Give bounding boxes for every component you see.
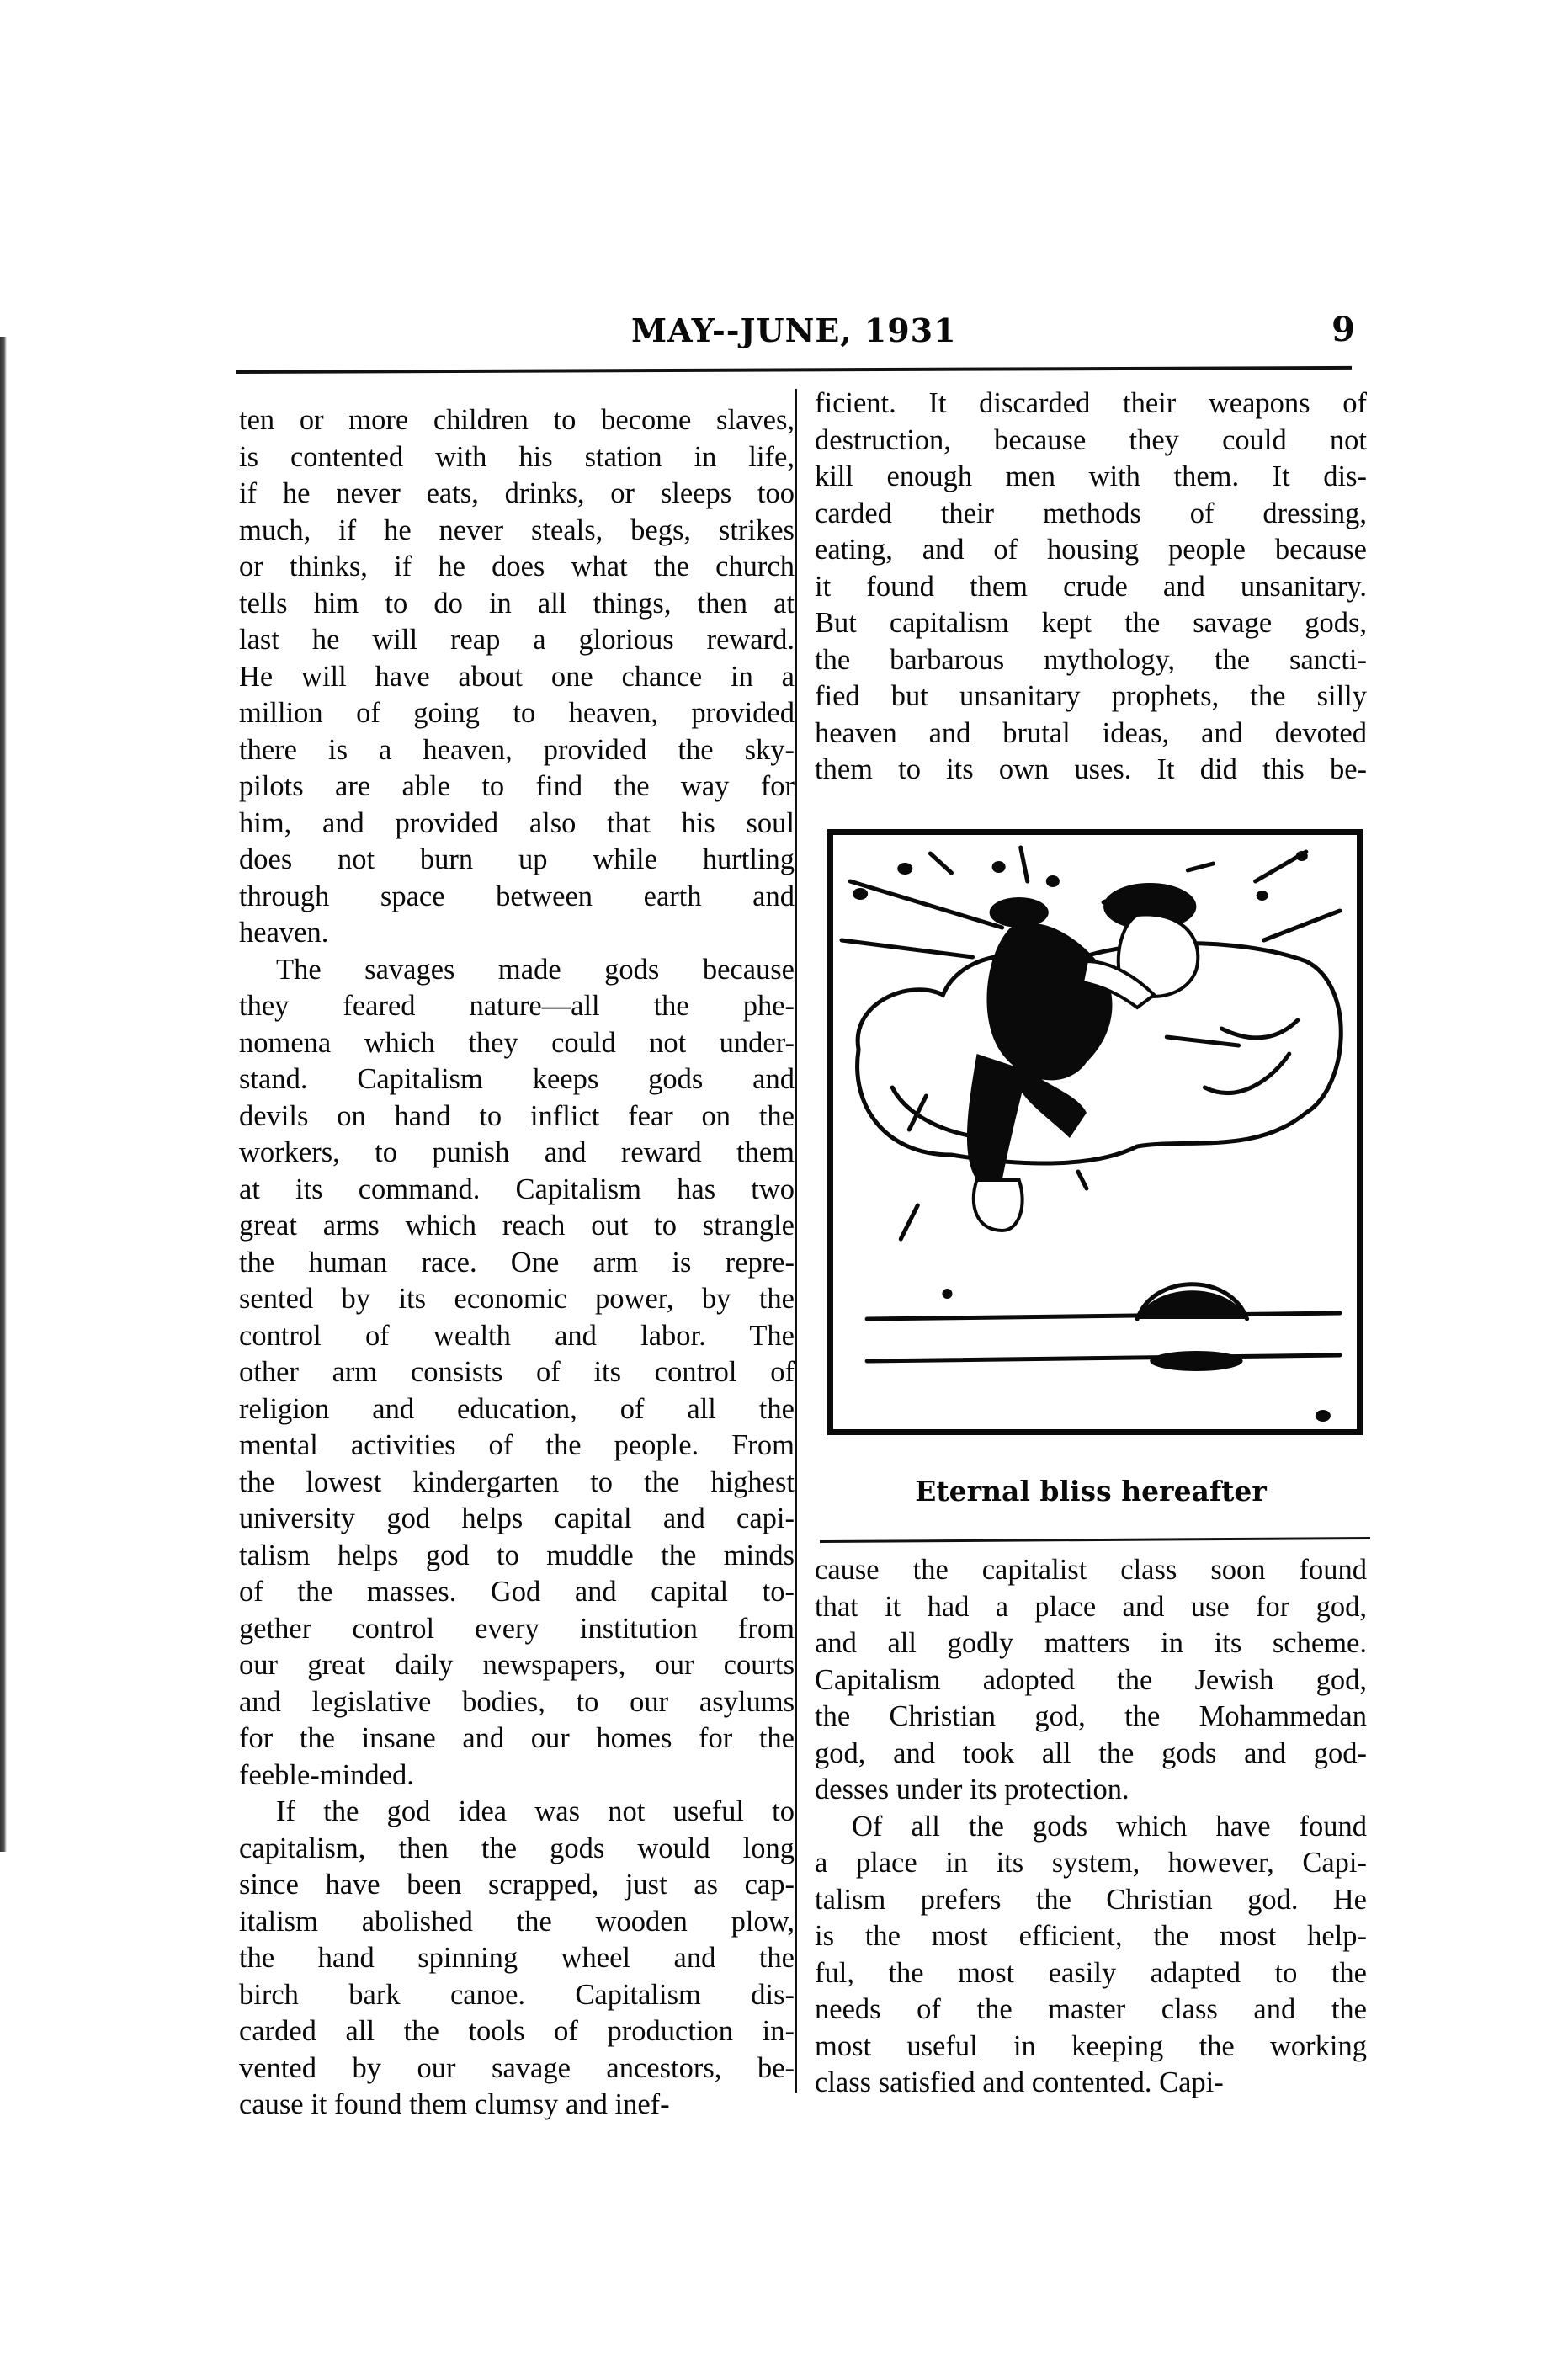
text-line: desses under its protection. [815,1772,1367,1809]
text-line: eating, and of housing people because [815,532,1367,569]
text-line: of the masses. God and capital to- [239,1574,795,1611]
text-line: and all godly matters in its scheme. [815,1625,1367,1662]
text-line: If the god idea was not useful to [239,1794,795,1831]
text-line: birch bark canoe. Capitalism dis- [239,1977,795,2014]
text-line: university god helps capital and capi- [239,1501,795,1538]
text-line: talism helps god to muddle the minds [239,1538,795,1575]
text-line: tells him to do in all things, then at [239,586,795,623]
text-line: the lowest kindergarten to the highest [239,1465,795,1502]
text-line: or thinks, if he does what the church [239,549,795,586]
text-line: does not burn up while hurtling [239,842,795,879]
text-line: is contented with his station in life, [239,439,795,476]
caption-rule [820,1537,1370,1543]
text-line: gether control every institution from [239,1611,795,1648]
text-line: ficient. It discarded their weapons of [815,386,1367,423]
text-line: feeble-minded. [239,1757,795,1795]
text-line: heaven. [239,915,795,952]
text-line: million of going to heaven, provided [239,695,795,732]
column-divider [795,389,797,2093]
text-line: vented by our savage ancestors, be- [239,2050,795,2087]
text-line: destruction, because they could not [815,423,1367,460]
text-line: mental activities of the people. From [239,1428,795,1465]
text-line: the barbarous mythology, the sancti- [815,642,1367,679]
text-line: it found them crude and unsanitary. [815,569,1367,606]
text-line: capitalism, then the gods would long [239,1831,795,1868]
text-line: them to its own uses. It did this be- [815,752,1367,789]
right-column-bottom: cause the capitalist class soon foundtha… [815,1552,1367,2102]
text-line: that it had a place and use for god, [815,1589,1367,1626]
text-line: other arm consists of its control of [239,1354,795,1391]
text-line: nomena which they could not under- [239,1025,795,1062]
text-line: ful, the most easily adapted to the [815,1955,1367,1992]
cartoon-illustration [827,829,1363,1435]
text-line: the hand spinning wheel and the [239,1940,795,1977]
left-column: ten or more children to become slaves,is… [239,402,795,2124]
text-line: much, if he never steals, begs, strikes [239,513,795,550]
text-line: sented by its economic power, by the [239,1281,795,1318]
text-line: religion and education, of all the [239,1391,795,1428]
text-line: talism prefers the Christian god. He [815,1882,1367,1919]
text-line: at its command. Capitalism has two [239,1172,795,1209]
text-line: a place in its system, however, Capi- [815,1845,1367,1882]
text-line: they feared nature—all the phe- [239,988,795,1025]
text-line: The savages made gods because [239,952,795,989]
text-line: our great daily newspapers, our courts [239,1647,795,1684]
text-line: But capitalism kept the savage gods, [815,605,1367,642]
text-line: devils on hand to inflict fear on the [239,1098,795,1135]
text-line: heaven and brutal ideas, and devoted [815,715,1367,752]
text-line: great arms which reach out to strangle [239,1208,795,1245]
figure-caption: Eternal bliss hereafter [815,1475,1367,1508]
page-header: MAY--JUNE, 1931 9 [236,305,1355,372]
text-line: fied but unsanitary prophets, the silly [815,678,1367,715]
text-line: Of all the gods which have found [815,1809,1367,1846]
right-column-top: ficient. It discarded their weapons ofde… [815,386,1367,789]
harp-angel-cartoon-icon [833,835,1357,1429]
text-line: for the insane and our homes for the [239,1720,795,1757]
text-line: is the most efficient, the most help- [815,1918,1367,1955]
text-line: cause the capitalist class soon found [815,1552,1367,1589]
text-line: the human race. One arm is repre- [239,1245,795,1282]
text-line: god, and took all the gods and god- [815,1736,1367,1773]
text-line: last he will reap a glorious reward. [239,622,795,659]
scan-binding-shadow [0,337,7,1852]
text-line: the Christian god, the Mohammedan [815,1699,1367,1736]
text-line: kill enough men with them. It dis- [815,459,1367,496]
text-line: cause it found them clumsy and inef- [239,2087,795,2124]
text-line: stand. Capitalism keeps gods and [239,1061,795,1098]
text-line: if he never eats, drinks, or sleeps too [239,476,795,513]
text-line: needs of the master class and the [815,1991,1367,2029]
text-line: ten or more children to become slaves, [239,402,795,439]
text-line: there is a heaven, provided the sky- [239,732,795,769]
page-number: 9 [1331,310,1355,349]
text-line: carded all the tools of production in- [239,2013,795,2050]
text-line: most useful in keeping the working [815,2029,1367,2066]
text-line: He will have about one chance in a [239,659,795,696]
running-head: MAY--JUNE, 1931 [631,311,957,349]
text-line: carded their methods of dressing, [815,496,1367,533]
text-line: pilots are able to find the way for [239,768,795,806]
text-line: control of wealth and labor. The [239,1318,795,1355]
text-line: and legislative bodies, to our asylums [239,1684,795,1721]
text-line: class satisfied and contented. Capi- [815,2065,1367,2102]
text-line: him, and provided also that his soul [239,806,795,843]
text-line: workers, to punish and reward them [239,1135,795,1172]
text-line: italism abolished the wooden plow, [239,1904,795,1941]
text-line: since have been scrapped, just as cap- [239,1867,795,1904]
text-line: through space between earth and [239,879,795,916]
text-line: Capitalism adopted the Jewish god, [815,1662,1367,1699]
